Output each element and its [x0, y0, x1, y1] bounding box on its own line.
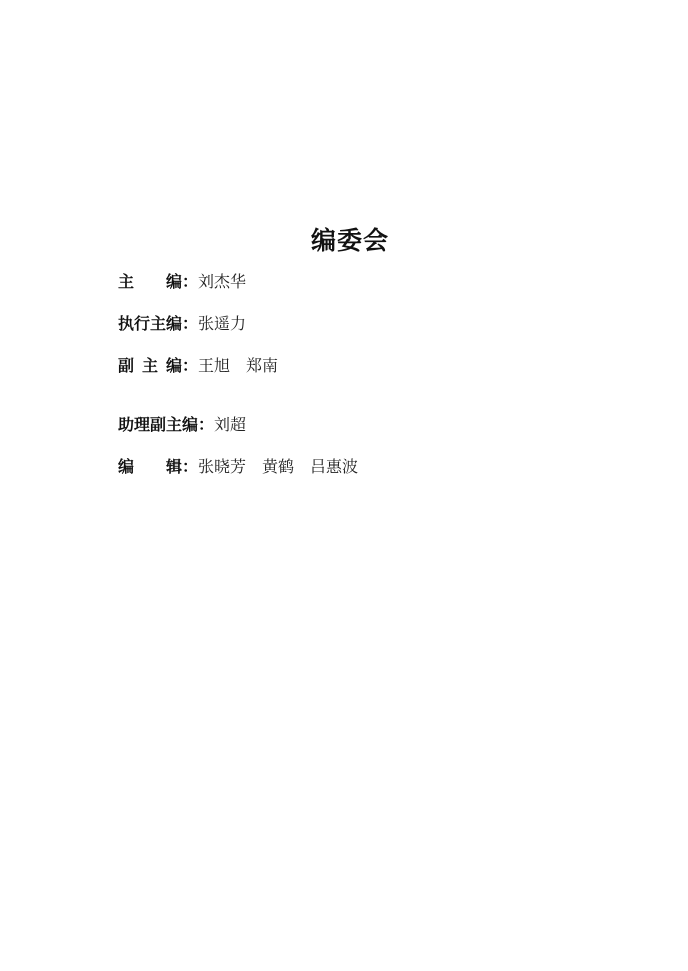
- editor-row-assistant-deputy: 助理副主编：刘超: [118, 417, 358, 434]
- role-label: 执行主编: [118, 316, 182, 333]
- colon: ：: [182, 358, 198, 375]
- editor-rows: 主编：刘杰华 执行主编：张遥力 副主编：王旭 郑南 助理副主编：刘超 编辑：张晓…: [118, 274, 358, 501]
- role-label: 副主编: [118, 358, 182, 375]
- role-label: 编辑: [118, 459, 182, 476]
- editor-row-chief: 主编：刘杰华: [118, 274, 358, 291]
- role-value: 刘超: [214, 417, 246, 434]
- role-value: 王旭 郑南: [198, 358, 278, 375]
- editor-row-deputy: 副主编：王旭 郑南: [118, 358, 358, 375]
- colon: ：: [182, 459, 198, 476]
- colon: ：: [182, 274, 198, 291]
- document-page: 编委会 主编：刘杰华 执行主编：张遥力 副主编：王旭 郑南 助理副主编：刘超 编…: [0, 0, 688, 971]
- colon: ：: [198, 417, 214, 434]
- page-title-text: 编委会: [311, 227, 389, 255]
- role-label: 助理副主编: [118, 417, 198, 434]
- editor-row-executive: 执行主编：张遥力: [118, 316, 358, 333]
- page-title: 编委会: [0, 226, 688, 256]
- colon: ：: [182, 316, 198, 333]
- editor-row-editors: 编辑：张晓芳 黄鹤 吕惠波: [118, 459, 358, 476]
- role-label: 主编: [118, 274, 182, 291]
- role-value: 张遥力: [198, 316, 246, 333]
- role-value: 刘杰华: [198, 274, 246, 291]
- role-value: 张晓芳 黄鹤 吕惠波: [198, 459, 358, 476]
